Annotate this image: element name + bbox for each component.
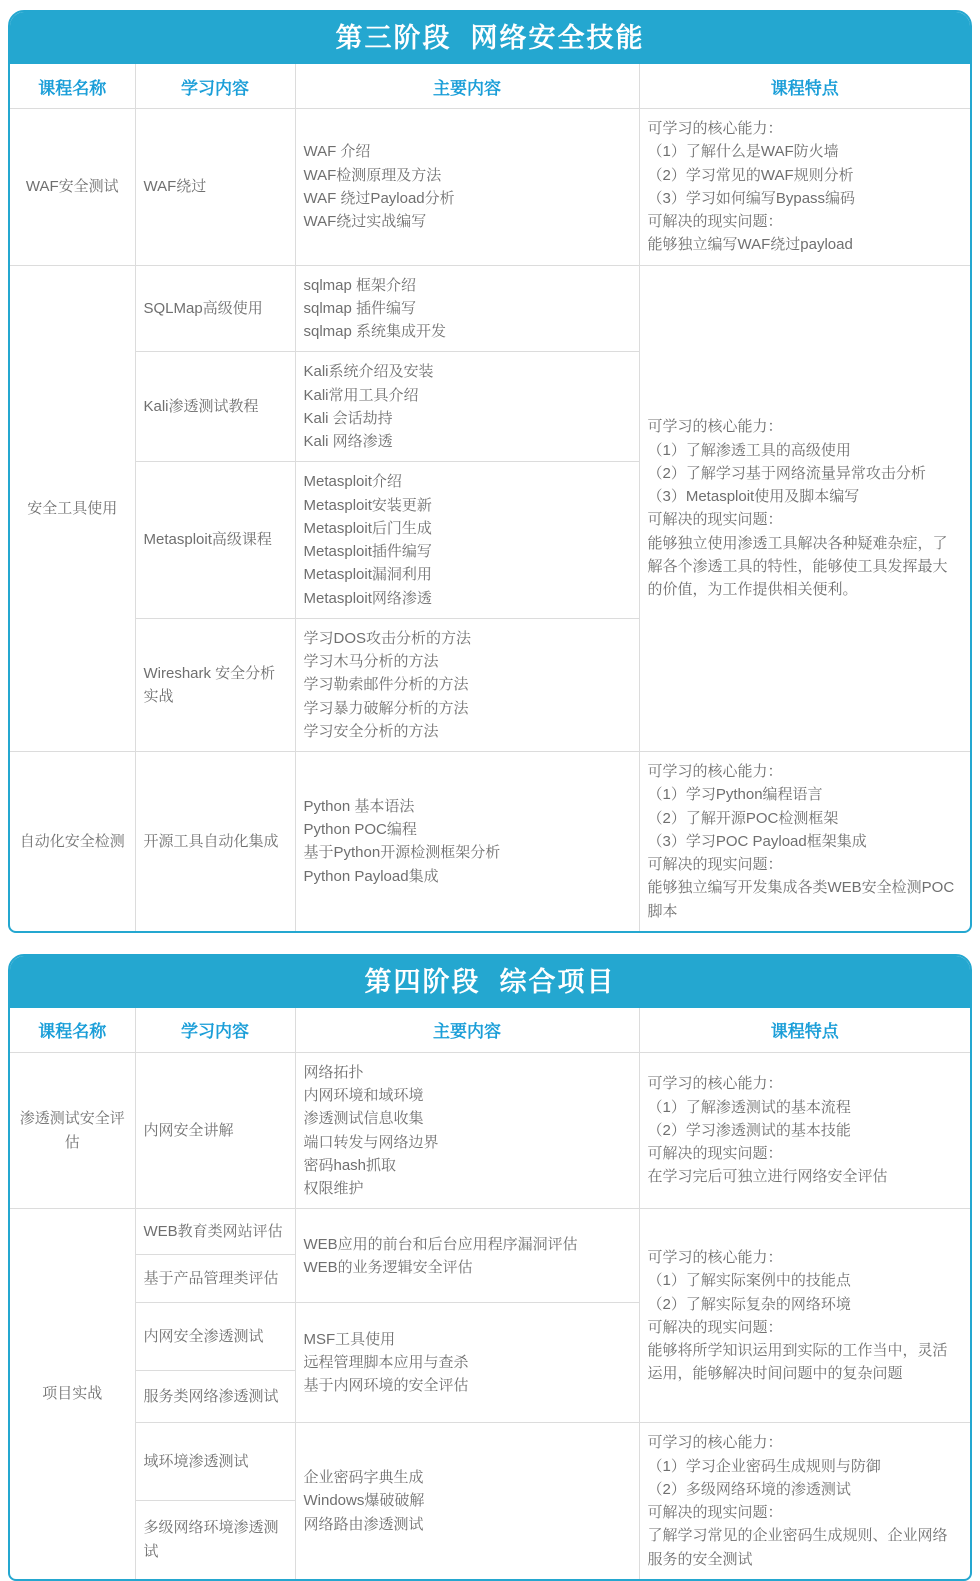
stage-4-title: 第四阶段 综合项目 [10, 956, 970, 1008]
features-cell: 可学习的核心能力： （1）学习Python编程语言 （2）了解开源POC检测框架… [639, 752, 970, 931]
column-header-course: 课程名称 [10, 64, 135, 109]
topic-cell: 多级网络环境渗透测试 [135, 1500, 295, 1579]
topic-cell: Metasploit高级课程 [135, 462, 295, 619]
features-cell: 可学习的核心能力： （1）了解实际案例中的技能点 （2）了解实际复杂的网络环境 … [639, 1209, 970, 1423]
column-header-content: 主要内容 [295, 64, 639, 109]
column-header-topic: 学习内容 [135, 64, 295, 109]
stage-3-table: 课程名称 学习内容 主要内容 课程特点 WAF安全测试 WAF绕过 WAF 介绍… [10, 64, 970, 931]
topic-cell: Wireshark 安全分析实战 [135, 618, 295, 751]
course-cell: WAF安全测试 [10, 109, 135, 266]
topic-cell: 开源工具自动化集成 [135, 752, 295, 931]
column-header-content: 主要内容 [295, 1008, 639, 1053]
stage-3-title: 第三阶段 网络安全技能 [10, 12, 970, 64]
column-header-features: 课程特点 [639, 64, 970, 109]
content-cell: WAF 介绍 WAF检测原理及方法 WAF 绕过Payload分析 WAF绕过实… [295, 109, 639, 266]
content-cell: MSF工具使用 远程管理脚本应用与查杀 基于内网环境的安全评估 [295, 1303, 639, 1423]
course-cell: 自动化安全检测 [10, 752, 135, 931]
topic-cell: 服务类网络渗透测试 [135, 1371, 295, 1423]
course-cell: 安全工具使用 [10, 265, 135, 752]
content-cell: 企业密码字典生成 Windows爆破破解 网络路由渗透测试 [295, 1423, 639, 1579]
topic-cell: 内网安全讲解 [135, 1052, 295, 1209]
topic-cell: SQLMap高级使用 [135, 265, 295, 352]
column-header-features: 课程特点 [639, 1008, 970, 1053]
stage-4-section: 第四阶段 综合项目 课程名称 学习内容 主要内容 课程特点 渗透测试安全评估 内… [8, 954, 972, 1581]
topic-cell: WAF绕过 [135, 109, 295, 266]
content-cell: WEB应用的前台和后台应用程序漏洞评估 WEB的业务逻辑安全评估 [295, 1209, 639, 1303]
course-cell: 项目实战 [10, 1209, 135, 1579]
course-cell: 渗透测试安全评估 [10, 1052, 135, 1209]
stage-3-section: 第三阶段 网络安全技能 课程名称 学习内容 主要内容 课程特点 WAF安全测试 … [8, 10, 972, 933]
page: 第三阶段 网络安全技能 课程名称 学习内容 主要内容 课程特点 WAF安全测试 … [0, 0, 980, 1581]
content-cell: 学习DOS攻击分析的方法 学习木马分析的方法 学习勒索邮件分析的方法 学习暴力破… [295, 618, 639, 751]
content-cell: Python 基本语法 Python POC编程 基于Python开源检测框架分… [295, 752, 639, 931]
features-cell: 可学习的核心能力： （1）学习企业密码生成规则与防御 （2）多级网络环境的渗透测… [639, 1423, 970, 1579]
column-header-course: 课程名称 [10, 1008, 135, 1053]
content-cell: sqlmap 框架介绍 sqlmap 插件编写 sqlmap 系统集成开发 [295, 265, 639, 352]
topic-cell: WEB教育类网站评估 [135, 1209, 295, 1255]
topic-cell: 内网安全渗透测试 [135, 1303, 295, 1371]
stage-4-table: 课程名称 学习内容 主要内容 课程特点 渗透测试安全评估 内网安全讲解 网络拓扑… [10, 1008, 970, 1579]
features-cell: 可学习的核心能力： （1）了解什么是WAF防火墙 （2）学习常见的WAF规则分析… [639, 109, 970, 266]
column-header-topic: 学习内容 [135, 1008, 295, 1053]
topic-cell: Kali渗透测试教程 [135, 352, 295, 462]
features-cell: 可学习的核心能力： （1）了解渗透工具的高级使用 （2）了解学习基于网络流量异常… [639, 265, 970, 752]
features-cell: 可学习的核心能力： （1）了解渗透测试的基本流程 （2）学习渗透测试的基本技能 … [639, 1052, 970, 1209]
content-cell: 网络拓扑 内网环境和域环境 渗透测试信息收集 端口转发与网络边界 密码hash抓… [295, 1052, 639, 1209]
topic-cell: 域环境渗透测试 [135, 1423, 295, 1500]
content-cell: Metasploit介绍 Metasploit安装更新 Metasploit后门… [295, 462, 639, 619]
content-cell: Kali系统介绍及安装 Kali常用工具介绍 Kali 会话劫持 Kali 网络… [295, 352, 639, 462]
topic-cell: 基于产品管理类评估 [135, 1255, 295, 1303]
